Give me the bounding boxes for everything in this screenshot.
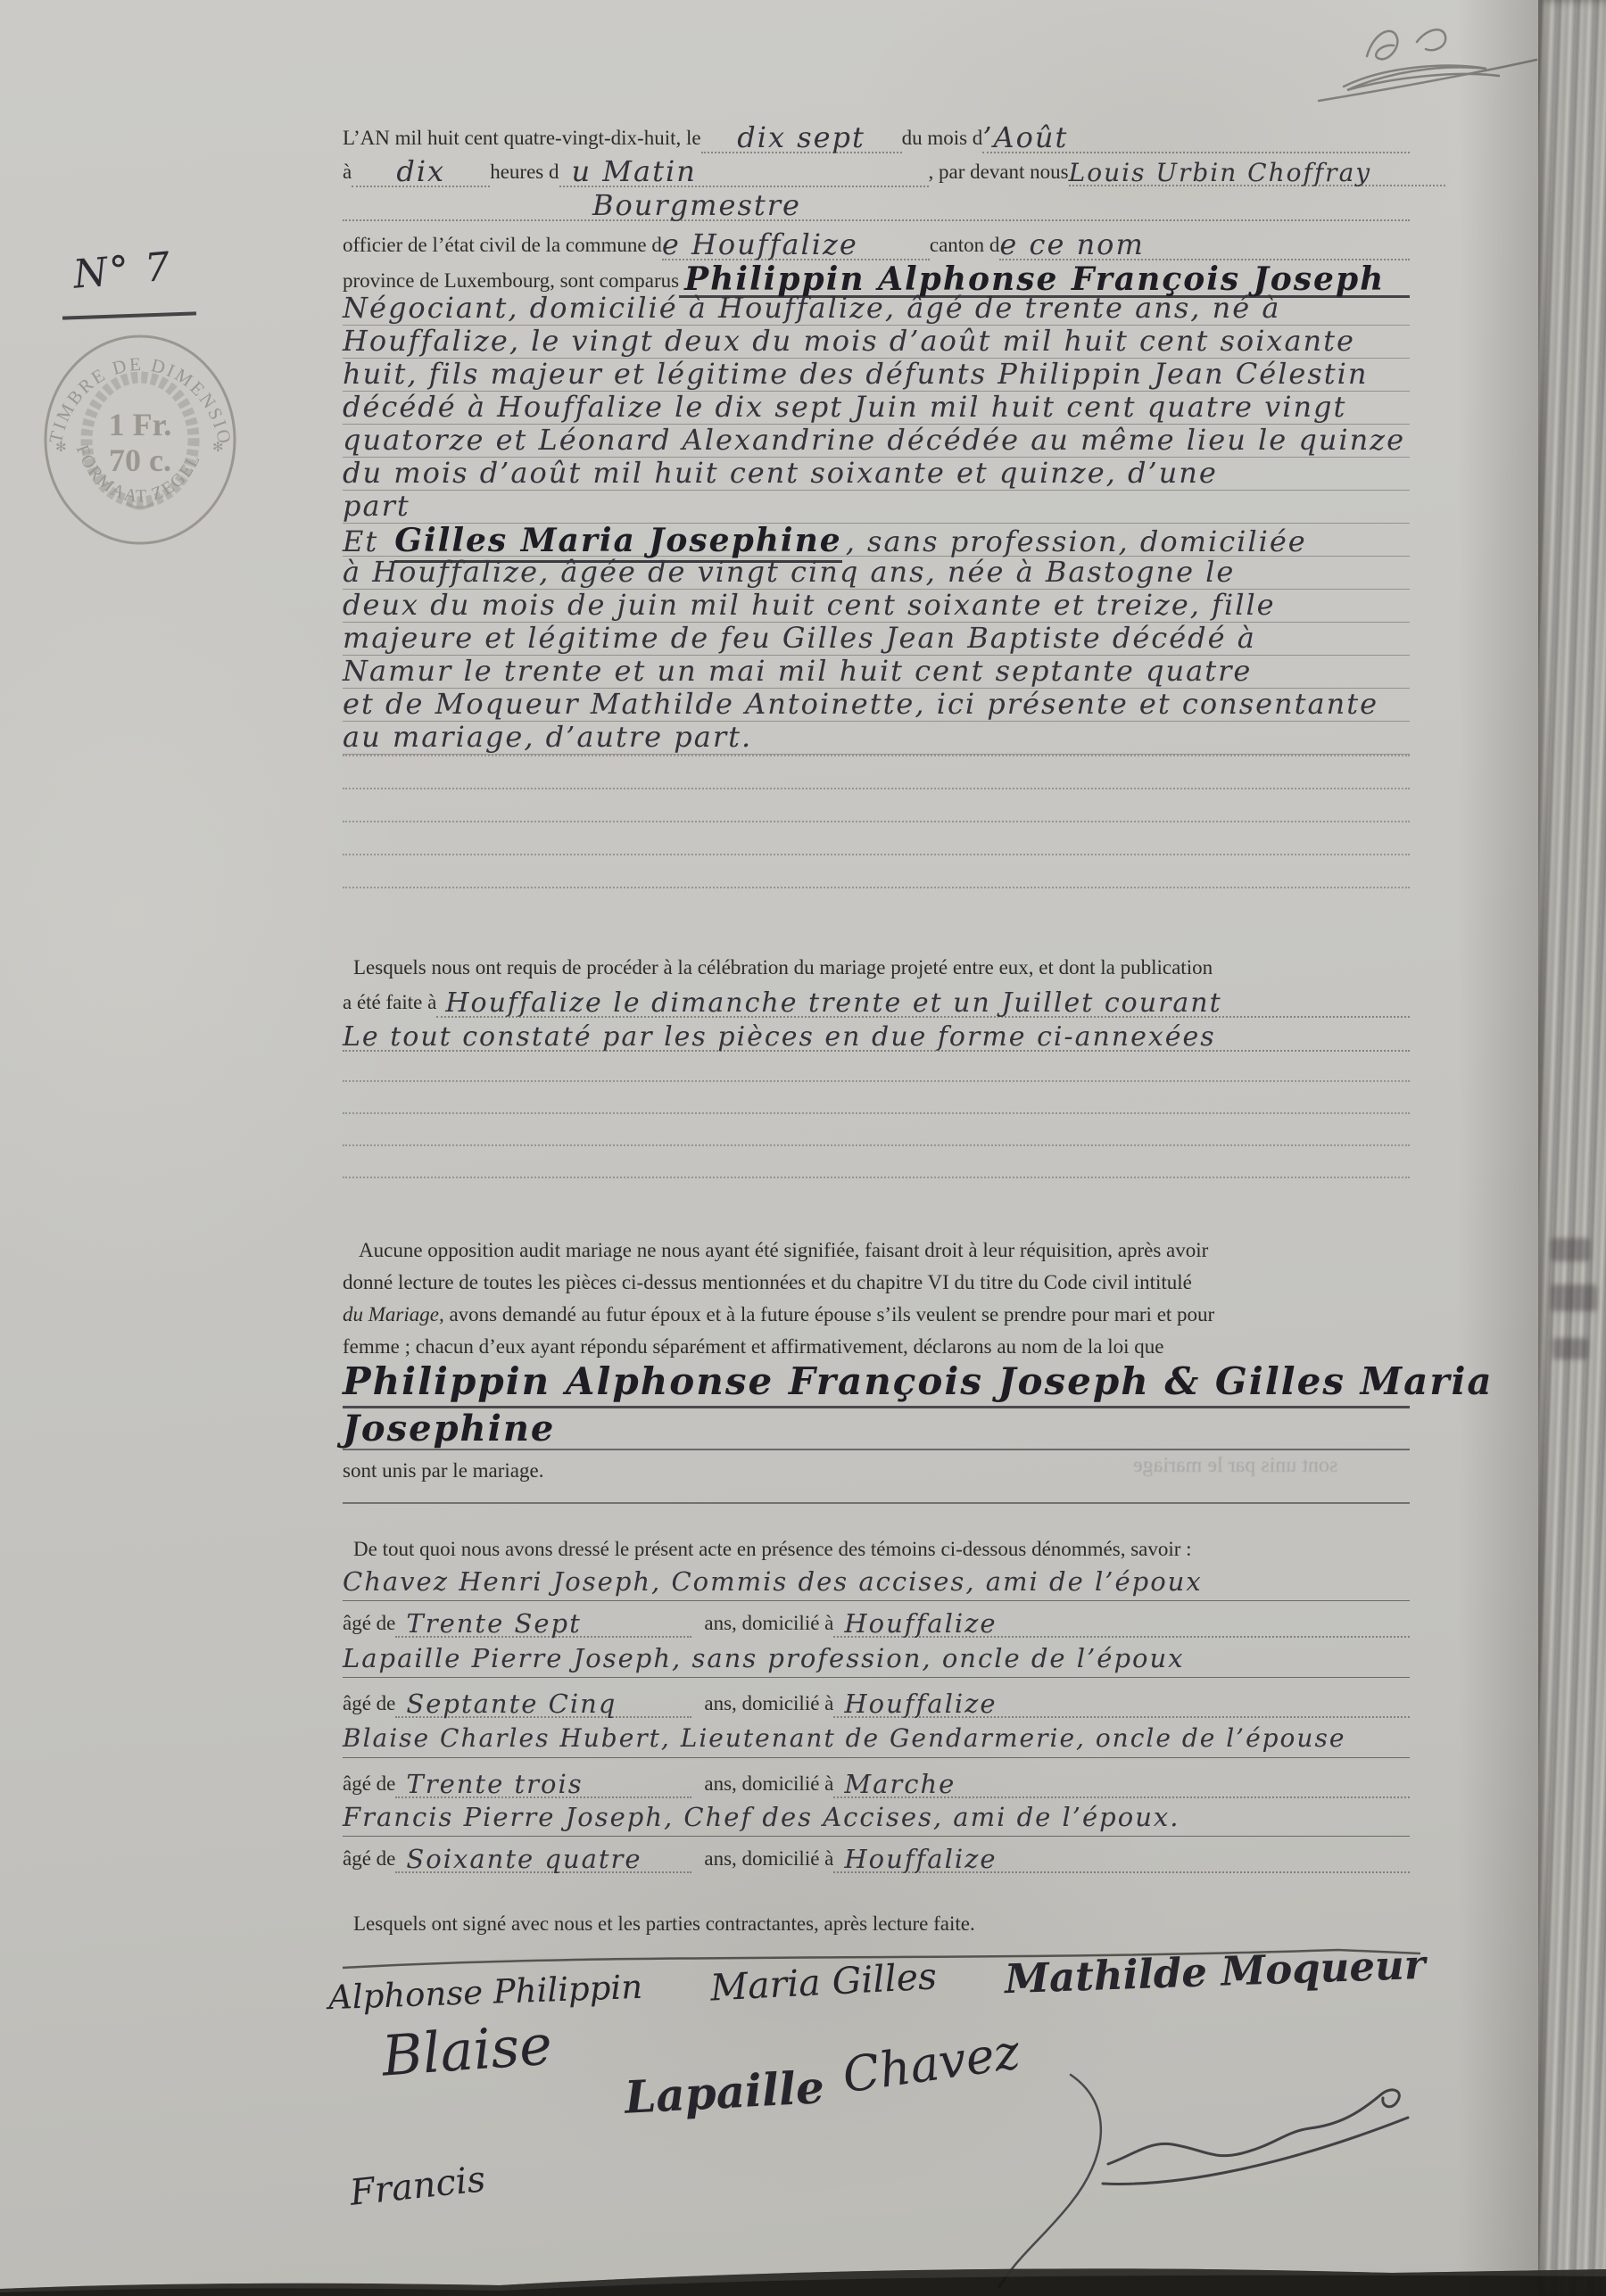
fill-publication-pieces: Le tout constaté par les pièces en due f…: [343, 1019, 1410, 1052]
fill-witness-place: Houffalize: [833, 1686, 1410, 1718]
act-number: N° 7: [71, 244, 174, 297]
revenue-stamp: TIMBRE DE DIMENSION FORMAAT ZEGEL 1 Fr. …: [37, 328, 243, 551]
stamp-value-1: 1 Fr.: [109, 407, 172, 442]
printed-month-label: du mois d: [902, 127, 983, 150]
fill-publication-date: Houffalize le dimanche trente et un Juil…: [436, 985, 1410, 1018]
page-gutter-shadow: [1458, 0, 1538, 2296]
book-page-edges: [1538, 0, 1606, 2296]
bride-line: majeure et légitime de feu Gilles Jean B…: [343, 621, 1410, 656]
fill-hour: dix: [352, 152, 490, 187]
publication-intro: Lesquels nous ont requis de procéder à l…: [353, 956, 1213, 979]
blank-rule: [343, 788, 1410, 789]
fill-witness-place: Houffalize: [833, 1841, 1410, 1873]
witness-name-line: Blaise Charles Hubert, Lieutenant de Gen…: [343, 1723, 1410, 1758]
witness-age-line: âgé de Septante Cinq ans, domicilié à Ho…: [343, 1686, 1410, 1718]
publication-pieces-line: Le tout constaté par les pièces en due f…: [343, 1019, 1410, 1052]
fill-day: dix sept: [701, 118, 902, 153]
blank-rule: [343, 1112, 1410, 1114]
edge-ink-smudge: [1552, 1338, 1588, 1359]
blank-rule: [343, 854, 1410, 855]
edge-ink-smudge: [1551, 1284, 1597, 1311]
groom-line: Houffalize, le vingt deux du mois d’août…: [343, 324, 1410, 359]
bride-line-name: Et Gilles Maria Josephine , sans profess…: [343, 522, 1410, 557]
stamp-value-2: 70 c.: [109, 442, 171, 478]
signature-witness-blaise: Blaise: [380, 2011, 554, 2088]
form-line-year: L’AN mil huit cent quatre-vingt-dix-huit…: [343, 118, 1410, 153]
svg-text:✻: ✻: [55, 441, 67, 455]
fill-witness-place: Houffalize: [833, 1606, 1410, 1638]
edge-ink-smudge: [1551, 1238, 1590, 1261]
fill-witness-age: Septante Cinq: [395, 1686, 691, 1718]
groom-line: quatorze et Léonard Alexandrine décédée …: [343, 423, 1410, 458]
fill-month: ’Août: [982, 118, 1410, 153]
ink-bleed-ghost-text: sont unis par le mariage: [1133, 1454, 1337, 1478]
fill-witness-age: Trente Sept: [395, 1606, 691, 1638]
printed-year-label: L’AN mil huit cent quatre-vingt-dix-huit…: [343, 127, 701, 150]
blank-rule: [343, 887, 1410, 888]
witness-name-line: Chavez Henri Joseph, Commis des accises,…: [343, 1566, 1410, 1601]
bride-line: au mariage, d’autre part.: [343, 720, 1410, 755]
declaration-line: femme ; chacun d’eux ayant répondu sépar…: [343, 1335, 1164, 1359]
fill-witness-age: Trente trois: [395, 1766, 691, 1798]
bourgmestre-signature: [1097, 2078, 1419, 2212]
fill-witness-place: Marche: [833, 1766, 1410, 1798]
svg-text:✻: ✻: [212, 441, 224, 455]
bride-line: Namur le trente et un mai mil huit cent …: [343, 654, 1410, 689]
declaration-line: du Mariage, avons demandé au futur époux…: [343, 1303, 1214, 1326]
declaration-line: donné lecture de toutes les pièces ci-de…: [343, 1271, 1192, 1294]
witness-name-line: Lapaille Pierre Joseph, sans profession,…: [343, 1643, 1410, 1678]
witness-age-line: âgé de Trente Sept ans, domicilié à Houf…: [343, 1606, 1410, 1638]
form-line-hour: à dix heures d u Matin , par devant nous…: [343, 152, 1445, 187]
spouses-names-line1: Philippin Alphonse François Joseph & Gil…: [343, 1359, 1410, 1408]
signature-witness-francis: Francis: [348, 2159, 487, 2214]
form-line-title: Bourgmestre: [343, 186, 1410, 221]
signature-groom: Alphonse Philippin: [327, 1968, 642, 2017]
blank-rule: [343, 1080, 1410, 1082]
fill-commune: e Houffalize: [662, 225, 930, 260]
witness-age-line: âgé de Trente trois ans, domicilié à Mar…: [343, 1766, 1410, 1798]
groom-line: Négociant, domicilié à Houffalize, âgé d…: [343, 291, 1410, 326]
witness-age-line: âgé de Soixante quatre ans, domicilié à …: [343, 1841, 1410, 1873]
declaration-line: Aucune opposition audit mariage ne nous …: [359, 1239, 1208, 1262]
signature-witness-lapaille: Lapaille: [624, 2061, 826, 2124]
blank-rule: [343, 1177, 1410, 1178]
groom-line: décédé à Houffalize le dix sept Juin mil…: [343, 390, 1410, 425]
spouses-names-line2: Josephine: [343, 1408, 1410, 1450]
act-number-underline: [62, 311, 196, 319]
blank-rule: [343, 755, 1410, 756]
bride-line: deux du mois de juin mil huit cent soixa…: [343, 588, 1410, 623]
marriage-act-scan: N° 7 TIMBRE DE DIMENSION FORMAAT ZEGEL 1…: [0, 0, 1606, 2296]
blank-rule: [343, 821, 1410, 822]
bride-line: et de Moqueur Mathilde Antoinette, ici p…: [343, 687, 1410, 722]
fill-canton: e ce nom: [999, 225, 1410, 260]
bottom-page-shadow: [0, 2234, 1606, 2296]
fill-officer-title: Bourgmestre: [343, 186, 1410, 221]
groom-line: du mois d’août mil huit cent soixante et…: [343, 456, 1410, 491]
witnesses-intro: De tout quoi nous avons dressé le présen…: [353, 1538, 1192, 1561]
fill-officer-name: Louis Urbin Choffray: [1069, 155, 1445, 186]
form-line-commune: officier de l’état civil de la commune d…: [343, 225, 1410, 260]
signature-closing: Lesquels ont signé avec nous et les part…: [353, 1912, 975, 1936]
united-statement: sont unis par le mariage.: [343, 1459, 543, 1482]
fill-ampm: u Matin: [559, 152, 929, 187]
publication-place-line: a été faite à Houffalize le dimanche tre…: [343, 985, 1410, 1018]
blank-rule: [343, 1144, 1410, 1146]
section-divider: [343, 1502, 1410, 1504]
witness-name-line: Francis Pierre Joseph, Chef des Accises,…: [343, 1802, 1410, 1837]
groom-line: part: [343, 489, 1410, 524]
groom-line: huit, fils majeur et légitime des défunt…: [343, 357, 1410, 392]
fill-witness-age: Soixante quatre: [395, 1841, 691, 1873]
bride-line: à Houffalize, âgée de vingt cinq ans, né…: [343, 555, 1410, 590]
